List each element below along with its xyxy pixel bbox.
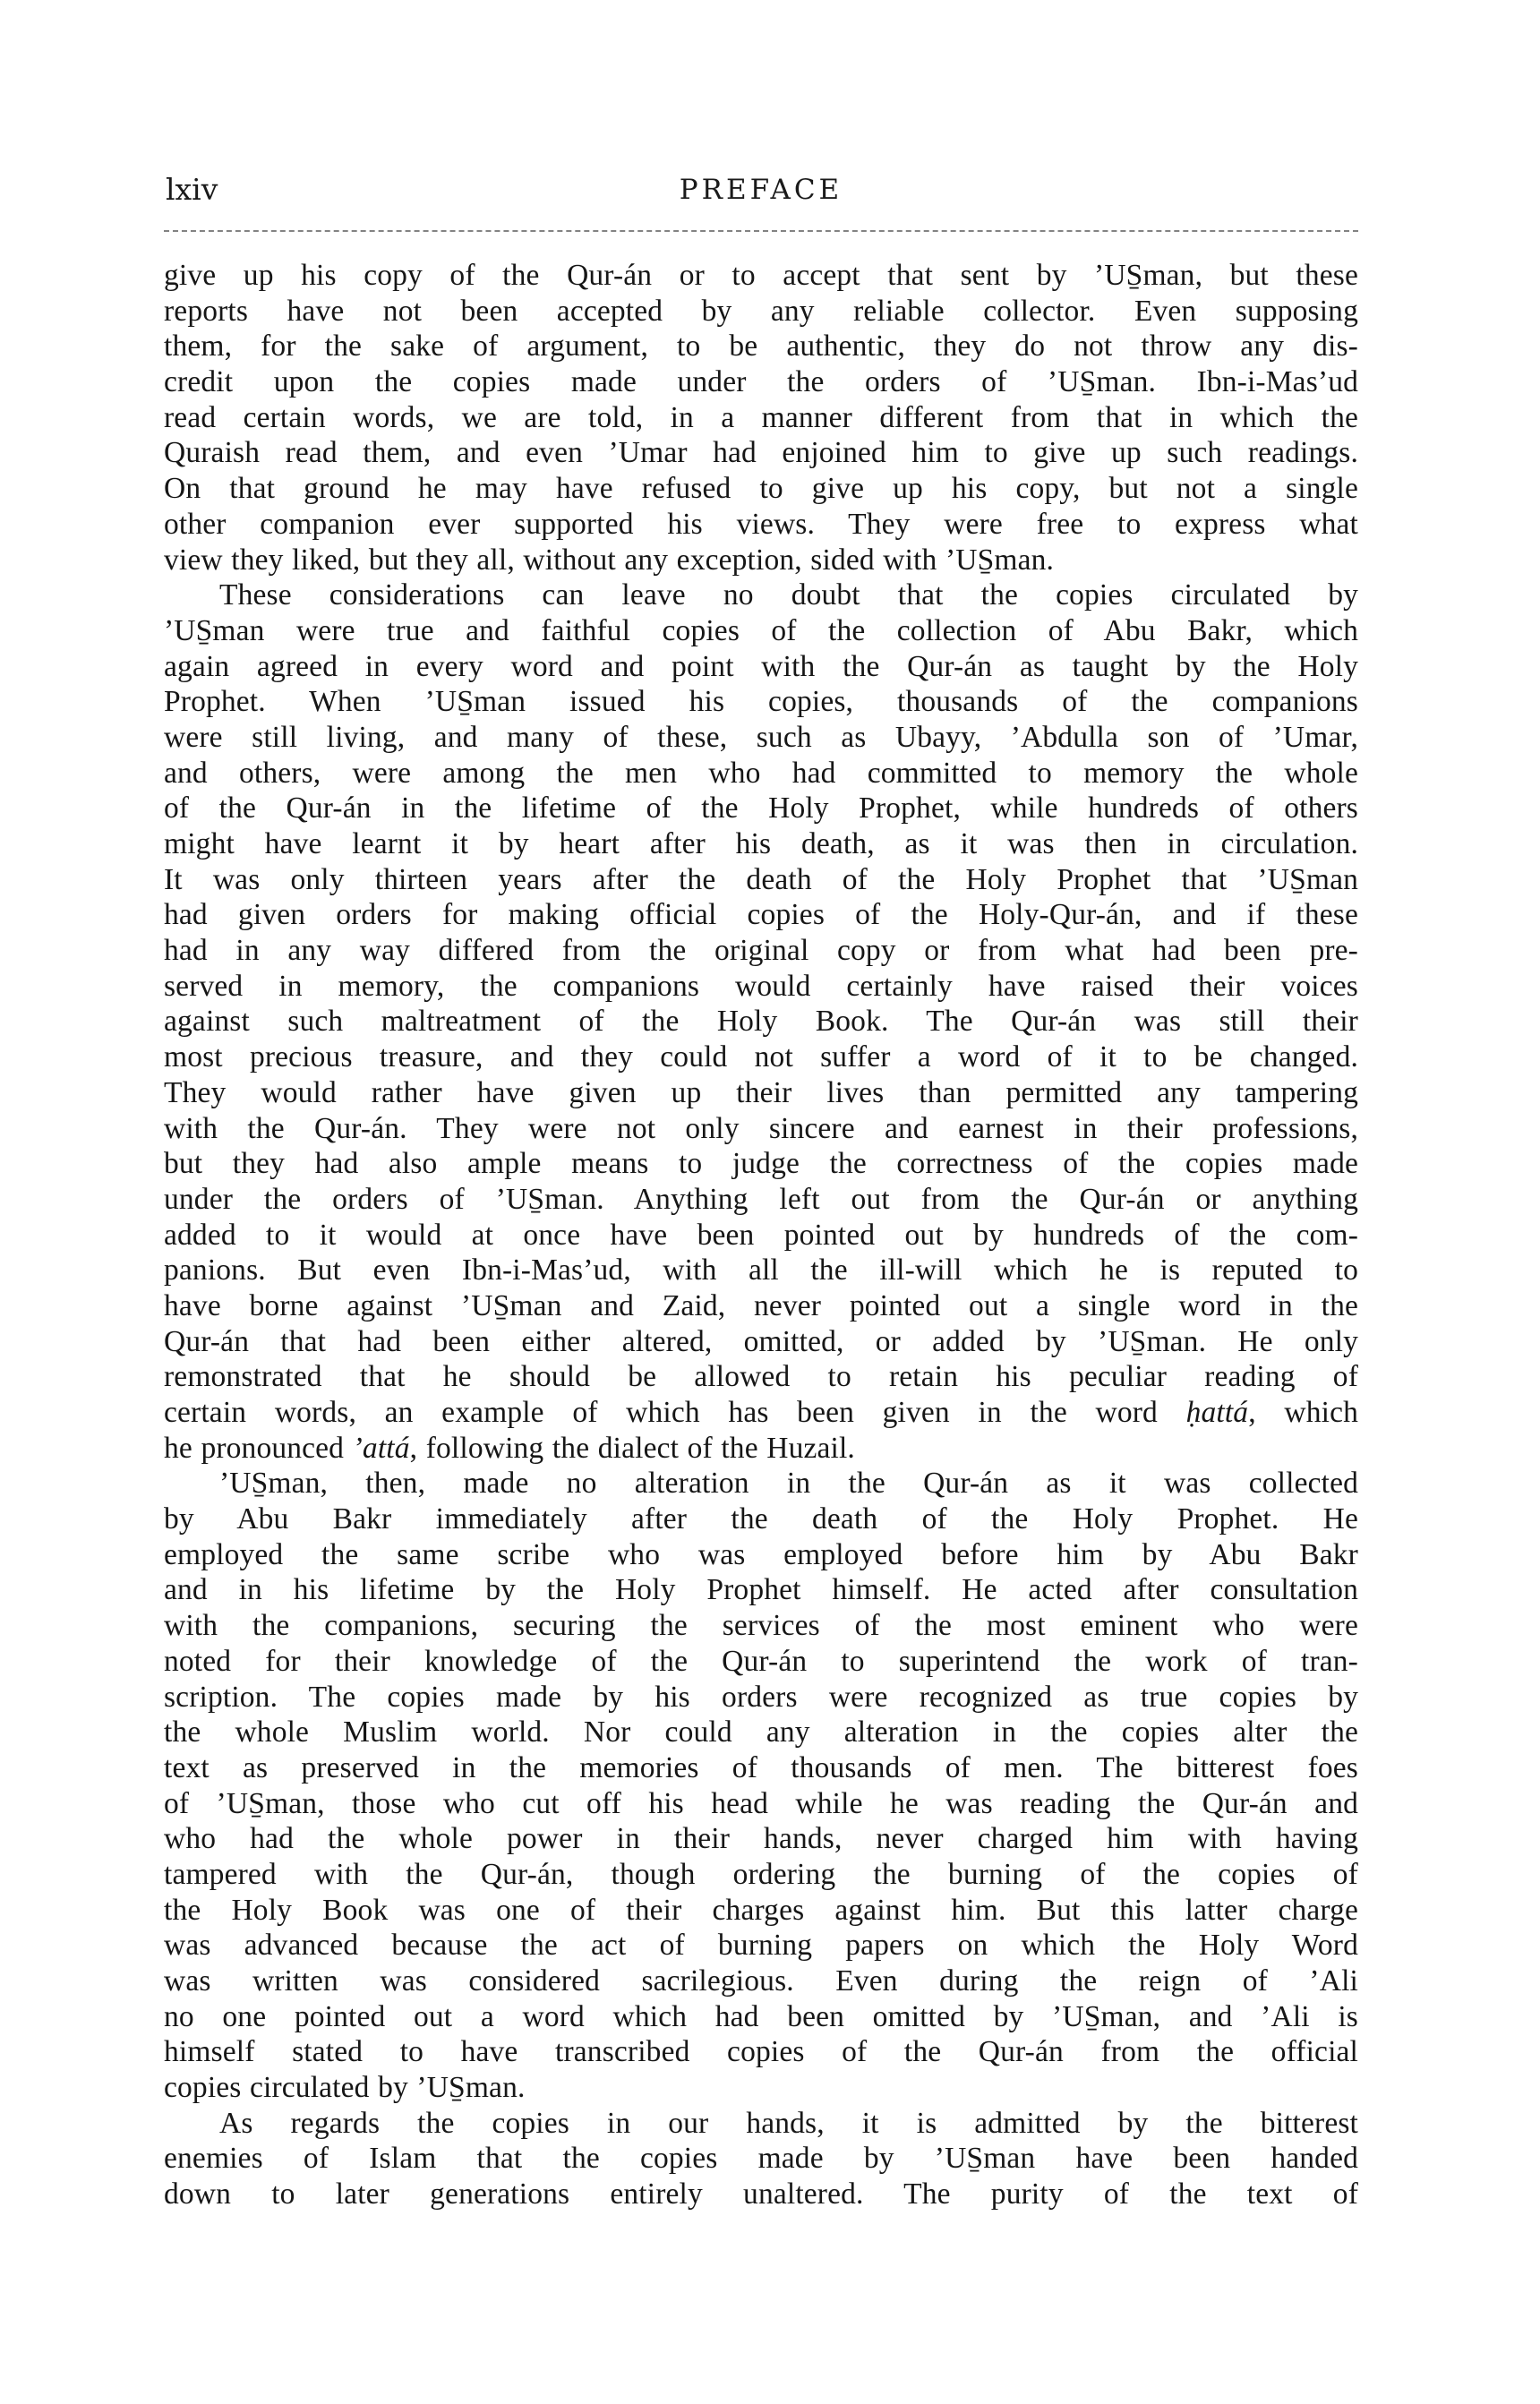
text-line: of the Qur-án in the lifetime of the Hol… <box>164 791 1358 826</box>
text-line: remonstrated that he should be allowed t… <box>164 1359 1358 1395</box>
text-line: ’US̱man, then, made no alteration in the… <box>164 1466 1358 1501</box>
paragraph: These considerations can leave no doubt … <box>164 577 1358 1466</box>
running-head: lxiv PREFACE <box>164 170 1358 210</box>
text-line: and in his lifetime by the Holy Prophet … <box>164 1572 1358 1608</box>
text-line: the whole Muslim world. Nor could any al… <box>164 1715 1358 1750</box>
italic-term: ḥattá <box>1186 1396 1249 1429</box>
text-line: certain words, an example of which has b… <box>164 1395 1358 1431</box>
text-line: most precious treasure, and they could n… <box>164 1039 1358 1075</box>
text-line: noted for their knowledge of the Qur-án … <box>164 1644 1358 1680</box>
text-line: again agreed in every word and point wit… <box>164 649 1358 685</box>
text-line: Quraish read them, and even ’Umar had en… <box>164 435 1358 471</box>
paragraph: As regards the copies in our hands, it i… <box>164 2106 1358 2212</box>
paragraph: ’US̱man, then, made no alteration in the… <box>164 1466 1358 2105</box>
text-line: of ’US̱man, those who cut off his head w… <box>164 1786 1358 1822</box>
text-line: added to it would at once have been poin… <box>164 1218 1358 1253</box>
text-line: were still living, and many of these, su… <box>164 720 1358 756</box>
text-line: As regards the copies in our hands, it i… <box>164 2106 1358 2142</box>
running-title: PREFACE <box>164 170 1358 210</box>
text-line: down to later generations entirely unalt… <box>164 2177 1358 2212</box>
text-line: the Holy Book was one of their charges a… <box>164 1893 1358 1929</box>
text-line: credit upon the copies made under the or… <box>164 364 1358 400</box>
text-line: read certain words, we are told, in a ma… <box>164 400 1358 436</box>
text-line: who had the whole power in their hands, … <box>164 1821 1358 1857</box>
header-rule <box>164 230 1358 232</box>
text-line: by Abu Bakr immediately after the death … <box>164 1501 1358 1537</box>
paragraph: give up his copy of the Qur-án or to acc… <box>164 258 1358 577</box>
text-line: These considerations can leave no doubt … <box>164 577 1358 613</box>
book-page: lxiv PREFACE give up his copy of the Qur… <box>0 0 1540 2404</box>
text-line: but they had also ample means to judge t… <box>164 1146 1358 1182</box>
text-line: and others, were among the men who had c… <box>164 756 1358 791</box>
text-line: was advanced because the act of burning … <box>164 1928 1358 1963</box>
text-line: other companion ever supported his views… <box>164 507 1358 543</box>
text-line: It was only thirteen years after the dea… <box>164 862 1358 898</box>
text-line: with the Qur-án. They were not only sinc… <box>164 1111 1358 1147</box>
text-line: give up his copy of the Qur-án or to acc… <box>164 258 1358 294</box>
body-text: give up his copy of the Qur-án or to acc… <box>164 258 1358 2212</box>
text-line: ’US̱man were true and faithful copies of… <box>164 613 1358 649</box>
text-line: served in memory, the companions would c… <box>164 969 1358 1005</box>
text-line: them, for the sake of argument, to be au… <box>164 329 1358 364</box>
text-line: employed the same scribe who was employe… <box>164 1537 1358 1573</box>
text-line: he pronounced ’attá, following the diale… <box>164 1431 1358 1467</box>
text-line: panions. But even Ibn-i-Mas’ud, with all… <box>164 1253 1358 1288</box>
text-line: On that ground he may have refused to gi… <box>164 471 1358 507</box>
text-line: had in any way differed from the origina… <box>164 933 1358 969</box>
text-line: Prophet. When ’US̱man issued his copies,… <box>164 684 1358 720</box>
text-line: have borne against ’US̱man and Zaid, nev… <box>164 1288 1358 1324</box>
text-line: himself stated to have transcribed copie… <box>164 2034 1358 2070</box>
text-line: might have learnt it by heart after his … <box>164 826 1358 862</box>
text-line: view they liked, but they all, without a… <box>164 543 1358 578</box>
text-line: text as preserved in the memories of tho… <box>164 1750 1358 1786</box>
italic-term: ’attá <box>353 1432 410 1465</box>
text-line: copies circulated by ’US̱man. <box>164 2070 1358 2106</box>
text-line: with the companions, securing the servic… <box>164 1608 1358 1644</box>
text-line: against such maltreatment of the Holy Bo… <box>164 1004 1358 1039</box>
text-line: Qur-án that had been either altered, omi… <box>164 1324 1358 1360</box>
text-line: tampered with the Qur-án, though orderin… <box>164 1857 1358 1893</box>
text-line: scription. The copies made by his orders… <box>164 1680 1358 1715</box>
text-line: reports have not been accepted by any re… <box>164 294 1358 329</box>
text-line: was written was considered sacrilegious.… <box>164 1963 1358 1999</box>
text-line: had given orders for making official cop… <box>164 897 1358 933</box>
text-line: They would rather have given up their li… <box>164 1075 1358 1111</box>
text-line: enemies of Islam that the copies made by… <box>164 2141 1358 2177</box>
text-line: no one pointed out a word which had been… <box>164 1999 1358 2035</box>
text-line: under the orders of ’US̱man. Anything le… <box>164 1182 1358 1218</box>
